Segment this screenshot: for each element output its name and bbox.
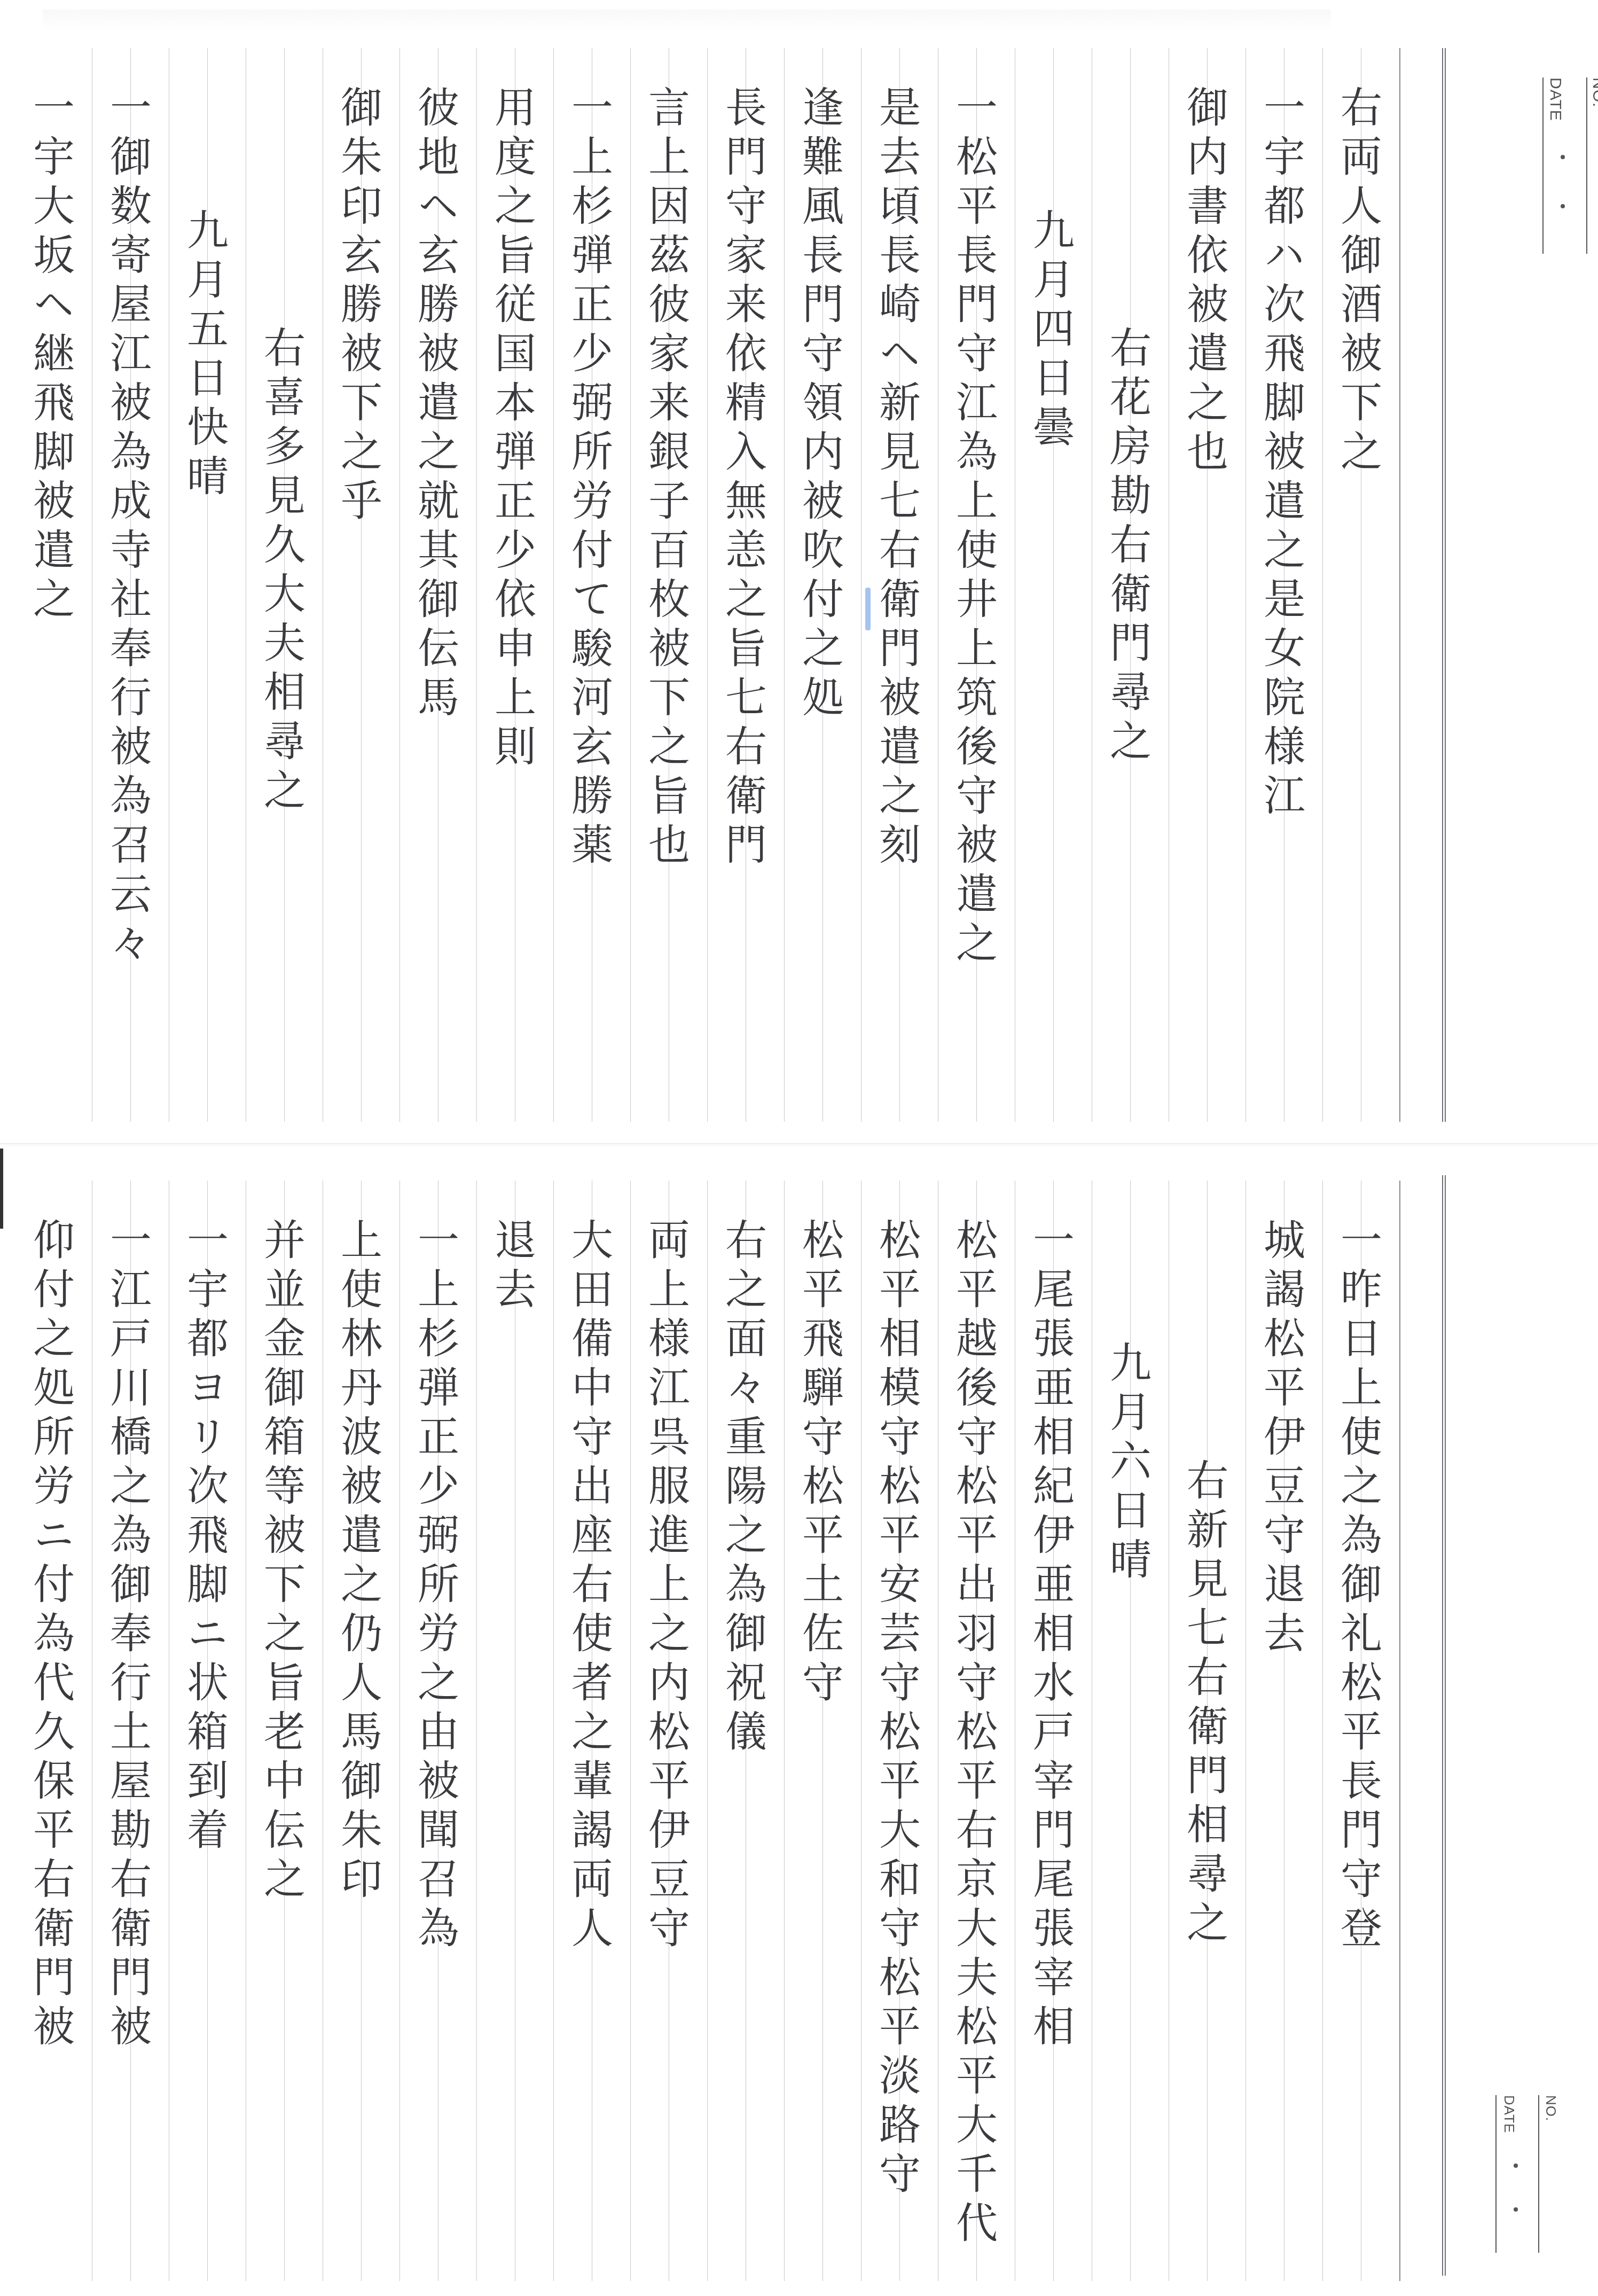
text-column: 用度之旨従国本弾正少依申上則 — [486, 85, 537, 774]
column-rule — [323, 48, 323, 1122]
date-entry: 九月五日快晴 — [178, 208, 230, 503]
column-rule — [553, 1181, 554, 2281]
text-column: 両上様江呉服進上之内松平伊豆守 — [640, 1218, 691, 1955]
date-separator-dot — [1514, 2164, 1518, 2168]
date-separator-dot — [1561, 204, 1565, 208]
text-column: 是去頃長崎ヘ新見七右衛門被遣之刻 — [871, 85, 922, 872]
column-rule — [784, 1181, 785, 2281]
text-column: 一江戸川橋之為御奉行土屋勘右衛門被 — [101, 1218, 153, 2053]
text-column: 一宇都ハ次飛脚被遣之是女院様江 — [1255, 85, 1306, 823]
text-column: 松平越後守松平出羽守松平右京大夫松平大千代 — [947, 1218, 999, 2250]
text-column: 一尾張亜相紀伊亜相水戸宰門尾張宰相 — [1024, 1218, 1076, 2053]
text-column: 退去 — [486, 1218, 537, 1316]
column-rule — [1399, 48, 1400, 1122]
column-rule — [630, 1181, 631, 2281]
notebook-page-bottom: NO. DATE 一昨日上使之為御礼松平長門守登城謁松平伊豆守退去右新見七右衛門… — [0, 1149, 1598, 2296]
margin-double-line — [1442, 48, 1446, 1122]
text-column: 右新見七右衛門相尋之 — [1178, 1458, 1229, 1950]
blue-pen-mark — [865, 588, 871, 630]
column-rule — [476, 48, 477, 1122]
column-rule — [323, 1181, 323, 2281]
column-rule — [861, 48, 861, 1122]
text-column: 大田備中守出座右使者之輩謁両人 — [563, 1218, 614, 1955]
column-rule — [1092, 48, 1092, 1122]
column-rule — [92, 48, 92, 1122]
text-column: 一松平長門守江為上使井上筑後守被遣之 — [947, 85, 999, 970]
date-separator-dot — [1514, 2207, 1518, 2212]
text-column: 仰付之処所労ニ付為代久保平右衛門被 — [25, 1218, 76, 2053]
column-rule — [938, 1181, 938, 2281]
text-column: 右両人御酒被下之 — [1332, 85, 1383, 479]
no-label: NO. — [1542, 2095, 1559, 2121]
column-rule — [1092, 1181, 1092, 2281]
date-entry: 九月四日曇 — [1024, 208, 1076, 454]
column-rule — [92, 1181, 92, 2281]
text-column: 御朱印玄勝被下之乎 — [332, 85, 383, 528]
column-rule — [246, 1181, 246, 2281]
column-rule — [246, 48, 246, 1122]
no-label: NO. — [1589, 77, 1598, 107]
column-rule — [784, 48, 785, 1122]
column-rule — [938, 48, 938, 1122]
column-rule — [707, 48, 708, 1122]
text-column: 言上因茲彼家来銀子百枚被下之旨也 — [640, 85, 691, 872]
date-label: DATE — [1546, 77, 1564, 121]
text-column: 右之面々重陽之為御祝儀 — [717, 1218, 768, 1759]
column-rule — [861, 1181, 861, 2281]
column-rule — [399, 1181, 400, 2281]
date-underline — [1495, 2095, 1497, 2253]
column-rule — [1322, 1181, 1323, 2281]
column-rule — [399, 48, 400, 1122]
text-column: 松平飛騨守松平土佐守 — [794, 1218, 845, 1709]
no-underline — [1538, 2095, 1539, 2253]
binding-edge — [0, 1149, 3, 1229]
text-column: 并並金御箱等被下之旨老中伝之 — [255, 1218, 307, 1906]
column-rule — [1169, 1181, 1169, 2281]
date-entry: 九月六日晴 — [1101, 1341, 1153, 1587]
text-column: 一上杉弾正少弼所労付て駿河玄勝薬 — [563, 85, 614, 872]
text-column: 一昨日上使之為御礼松平長門守登 — [1332, 1218, 1383, 1955]
text-column: 松平相模守松平安芸守松平大和守松平淡路守 — [871, 1218, 922, 2201]
column-rule — [476, 1181, 477, 2281]
text-column: 右花房勘右衛門尋之 — [1101, 326, 1153, 768]
text-column: 一御数寄屋江被為成寺社奉行被為召云々 — [101, 85, 153, 970]
column-rule — [553, 48, 554, 1122]
column-rule — [515, 1181, 515, 2281]
text-column: 一宇大坂ヘ継飛脚被遣之 — [25, 85, 76, 626]
text-column: 一宇都ヨリ次飛脚ニ状箱到着 — [178, 1218, 230, 1857]
notebook-page-top: NO. DATE 右両人御酒被下之一宇都ハ次飛脚被遣之是女院様江御内書依被遣之也… — [0, 0, 1598, 1144]
column-rule — [1245, 1181, 1246, 2281]
column-rule — [169, 48, 169, 1122]
text-column: 彼地ヘ玄勝被遣之就其御伝馬 — [409, 85, 460, 724]
text-column: 御内書依被遣之也 — [1178, 85, 1229, 479]
column-rule — [1245, 48, 1246, 1122]
date-underline — [1542, 77, 1544, 254]
text-column: 城謁松平伊豆守退去 — [1255, 1218, 1306, 1660]
page-header: NO. DATE — [1453, 0, 1586, 321]
column-rule — [169, 1181, 169, 2281]
text-column: 上使林丹波被遣之仍人馬御朱印 — [332, 1218, 383, 1906]
date-label: DATE — [1501, 2095, 1517, 2133]
margin-double-line — [1442, 1175, 1446, 2276]
column-rule — [1399, 1181, 1400, 2281]
text-column: 右喜多見久大夫相尋之 — [255, 326, 307, 817]
column-rule — [1169, 48, 1169, 1122]
column-rule — [630, 48, 631, 1122]
date-separator-dot — [1561, 155, 1565, 159]
column-rule — [707, 1181, 708, 2281]
text-column: 長門守家来依精入無恙之旨七右衛門 — [717, 85, 768, 872]
no-underline — [1586, 77, 1587, 254]
column-rule — [1015, 48, 1015, 1122]
column-rule — [1322, 48, 1323, 1122]
text-column: 逢難風長門守領内被吹付之処 — [794, 85, 845, 724]
page-header: NO. DATE — [1453, 2035, 1586, 2292]
column-rule — [1015, 1181, 1015, 2281]
text-column: 一上杉弾正少弼所労之由被聞召為 — [409, 1218, 460, 1955]
